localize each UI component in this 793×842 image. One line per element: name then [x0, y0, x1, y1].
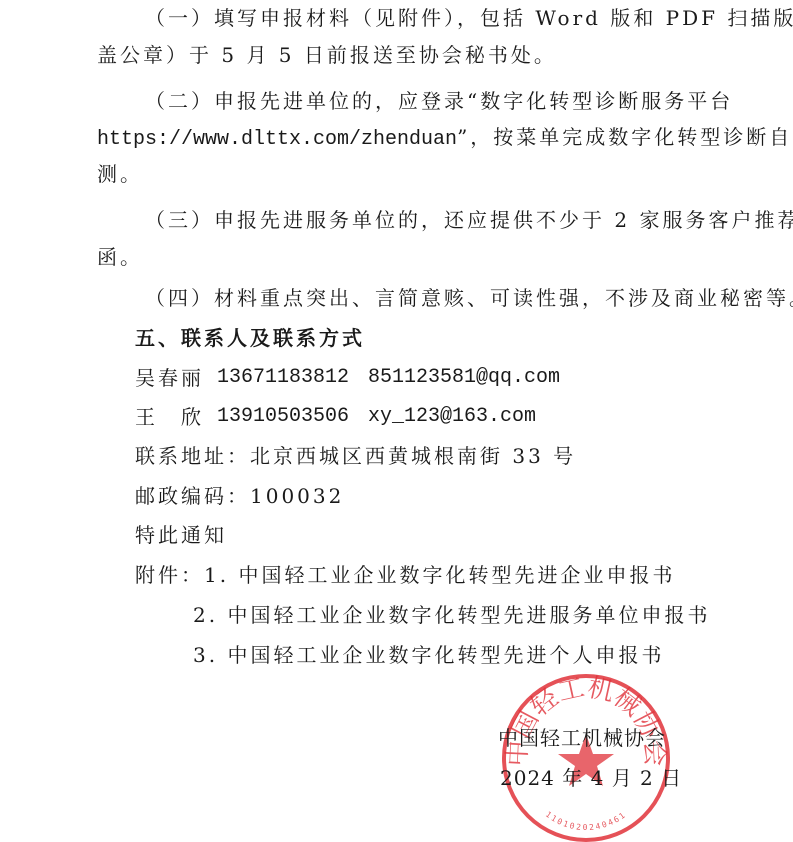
official-seal-icon: 中国轻工机械协会 1101020240461	[500, 672, 672, 842]
section-5-heading: 五、联系人及联系方式	[135, 326, 365, 350]
paragraph-2-line-3: 测。	[97, 162, 143, 186]
closing-text: 特此通知	[135, 523, 227, 547]
contact-email[interactable]: 851123581@qq.com	[368, 366, 560, 390]
signature-date: 2024 年 4 月 2 日	[500, 762, 682, 791]
paragraph-3-line-1: （三）申报先进服务单位的，还应提供不少于 2 家服务客户推荐	[145, 208, 793, 232]
paragraph-2-line-2: https://www.dlttx.com/zhenduan”，按菜单完成数字化…	[97, 125, 792, 152]
svg-text:1101020240461: 1101020240461	[544, 810, 628, 832]
contact-name: 王 欣	[135, 405, 204, 429]
contact-row-1: 吴春丽 13671183812 851123581@qq.com	[135, 366, 635, 392]
postcode-line: 邮政编码：100032	[135, 484, 344, 508]
contact-phone: 13910503506	[217, 405, 349, 429]
postcode-label: 邮政编码：	[135, 484, 250, 508]
attachment-item: 1. 中国轻工业企业数字化转型先进企业申报书	[204, 563, 675, 587]
attachments-line-1: 附件：1. 中国轻工业企业数字化转型先进企业申报书	[135, 563, 675, 587]
attachment-item: 2. 中国轻工业企业数字化转型先进服务单位申报书	[193, 603, 710, 627]
paragraph-2-line-1: （二）申报先进单位的，应登录“数字化转型诊断服务平台	[145, 89, 733, 113]
address-label: 联系地址：	[135, 444, 250, 468]
contact-row-2: 王 欣 13910503506 xy_123@163.com	[135, 405, 635, 431]
contact-email[interactable]: xy_123@163.com	[368, 405, 536, 429]
address-value: 北京西城区西黄城根南街 33 号	[250, 444, 576, 468]
contact-name: 吴春丽	[135, 366, 204, 390]
address-line: 联系地址：北京西城区西黄城根南街 33 号	[135, 444, 576, 468]
postcode-value: 100032	[250, 484, 344, 508]
paragraph-1-line-2: 盖公章）于 5 月 5 日前报送至协会秘书处。	[97, 43, 557, 67]
paragraph-3-line-2: 函。	[97, 245, 143, 269]
signature-organization: 中国轻工机械协会	[498, 722, 666, 751]
attachments-label: 附件：	[135, 563, 204, 587]
paragraph-1-line-1: （一）填写申报材料（见附件），包括 Word 版和 PDF 扫描版（加	[145, 6, 793, 30]
contact-phone: 13671183812	[217, 366, 349, 390]
platform-url-link[interactable]: https://www.dlttx.com/zhenduan	[97, 128, 457, 151]
attachment-item: 3. 中国轻工业企业数字化转型先进个人申报书	[193, 643, 664, 667]
paragraph-2-line-2-rest: ”，按菜单完成数字化转型诊断自	[457, 125, 792, 149]
paragraph-4-line-1: （四）材料重点突出、言简意赅、可读性强，不涉及商业秘密等。	[145, 286, 793, 310]
